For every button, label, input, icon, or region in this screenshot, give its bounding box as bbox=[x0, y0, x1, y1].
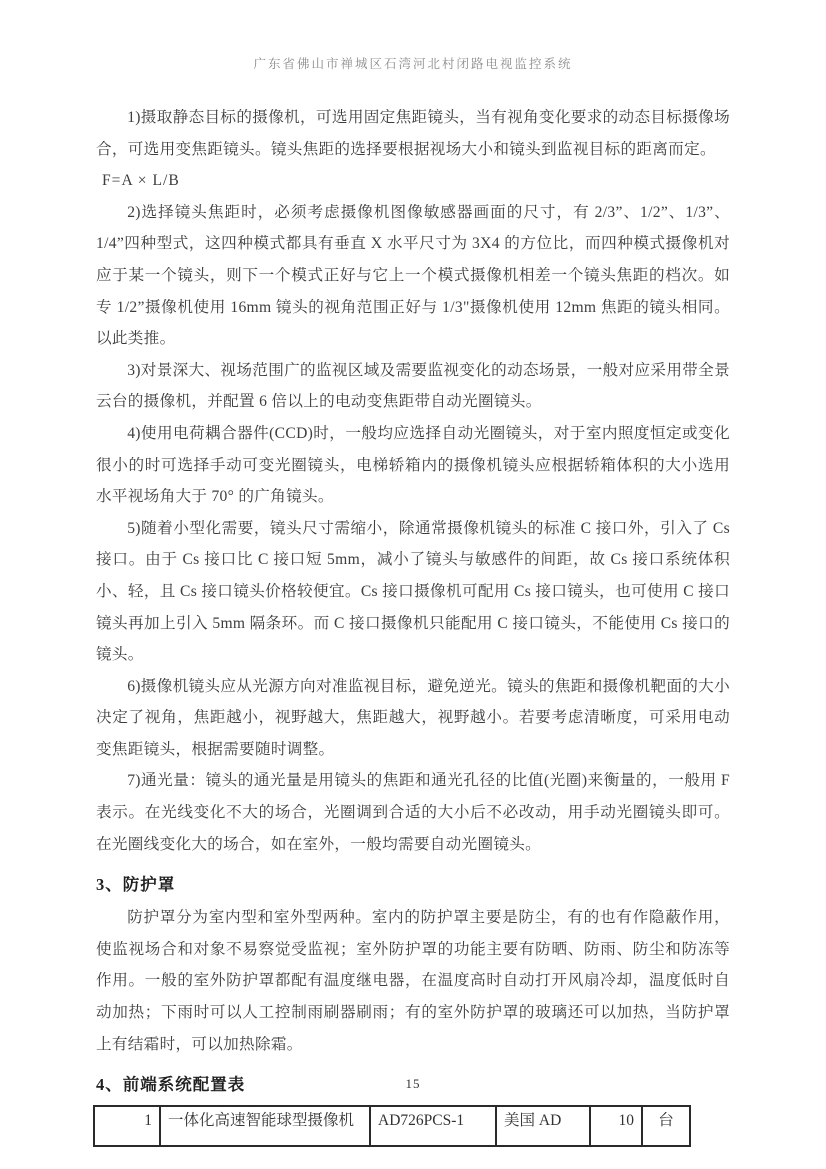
paragraph-8: 防护罩分为室内型和室外型两种。室内的防护罩主要是防尘，有的也有作隐蔽作用，使监视… bbox=[96, 902, 730, 1060]
cell-quantity: 10 bbox=[590, 1106, 642, 1146]
paragraph-2: 2)选择镜头焦距时，必须考虑摄像机图像敏感器画面的尺寸，有 2/3”、1/2”、… bbox=[96, 197, 730, 355]
cell-unit: 台 bbox=[642, 1106, 690, 1146]
paragraph-4: 4)使用电荷耦合器件(CCD)时，一般均应选择自动光圈镜头，对于室内照度恒定或变… bbox=[96, 418, 730, 513]
cell-model: AD726PCS-1 bbox=[370, 1106, 496, 1146]
table-row: 1 一体化高速智能球型摄像机 AD726PCS-1 美国 AD 10 台 bbox=[94, 1106, 690, 1146]
paragraph-1: 1)摄取静态目标的摄像机，可选用固定焦距镜头，当有视角变化要求的动态目标摄像场合… bbox=[96, 102, 730, 165]
paragraph-7: 7)通光量：镜头的通光量是用镜头的焦距和通光孔径的比值(光圈)来衡量的，一般用 … bbox=[96, 765, 730, 860]
config-table: 1 一体化高速智能球型摄像机 AD726PCS-1 美国 AD 10 台 bbox=[93, 1105, 691, 1147]
section-heading-protective-housing: 3、防护罩 bbox=[96, 870, 730, 900]
page-number: 15 bbox=[0, 1076, 826, 1092]
cell-item-no: 1 bbox=[94, 1106, 160, 1146]
document-content: 1)摄取静态目标的摄像机，可选用固定焦距镜头，当有视角变化要求的动态目标摄像场合… bbox=[96, 102, 730, 1147]
paragraph-6: 6)摄像机镜头应从光源方向对准监视目标，避免逆光。镜头的焦距和摄像机靶面的大小决… bbox=[96, 671, 730, 766]
document-page: 广东省佛山市禅城区石湾河北村闭路电视监控系统 1)摄取静态目标的摄像机，可选用固… bbox=[0, 0, 826, 1169]
running-header-title: 广东省佛山市禅城区石湾河北村闭路电视监控系统 bbox=[0, 54, 826, 72]
cell-brand: 美国 AD bbox=[496, 1106, 590, 1146]
paragraph-5: 5)随着小型化需要，镜头尺寸需缩小，除通常摄像机镜头的标准 C 接口外，引入了 … bbox=[96, 513, 730, 671]
paragraph-3: 3)对景深大、视场范围广的监视区域及需要监视变化的动态场景，一般对应采用带全景云… bbox=[96, 355, 730, 418]
cell-item-name: 一体化高速智能球型摄像机 bbox=[160, 1106, 370, 1146]
formula-line: F=A × L/B bbox=[96, 165, 730, 197]
